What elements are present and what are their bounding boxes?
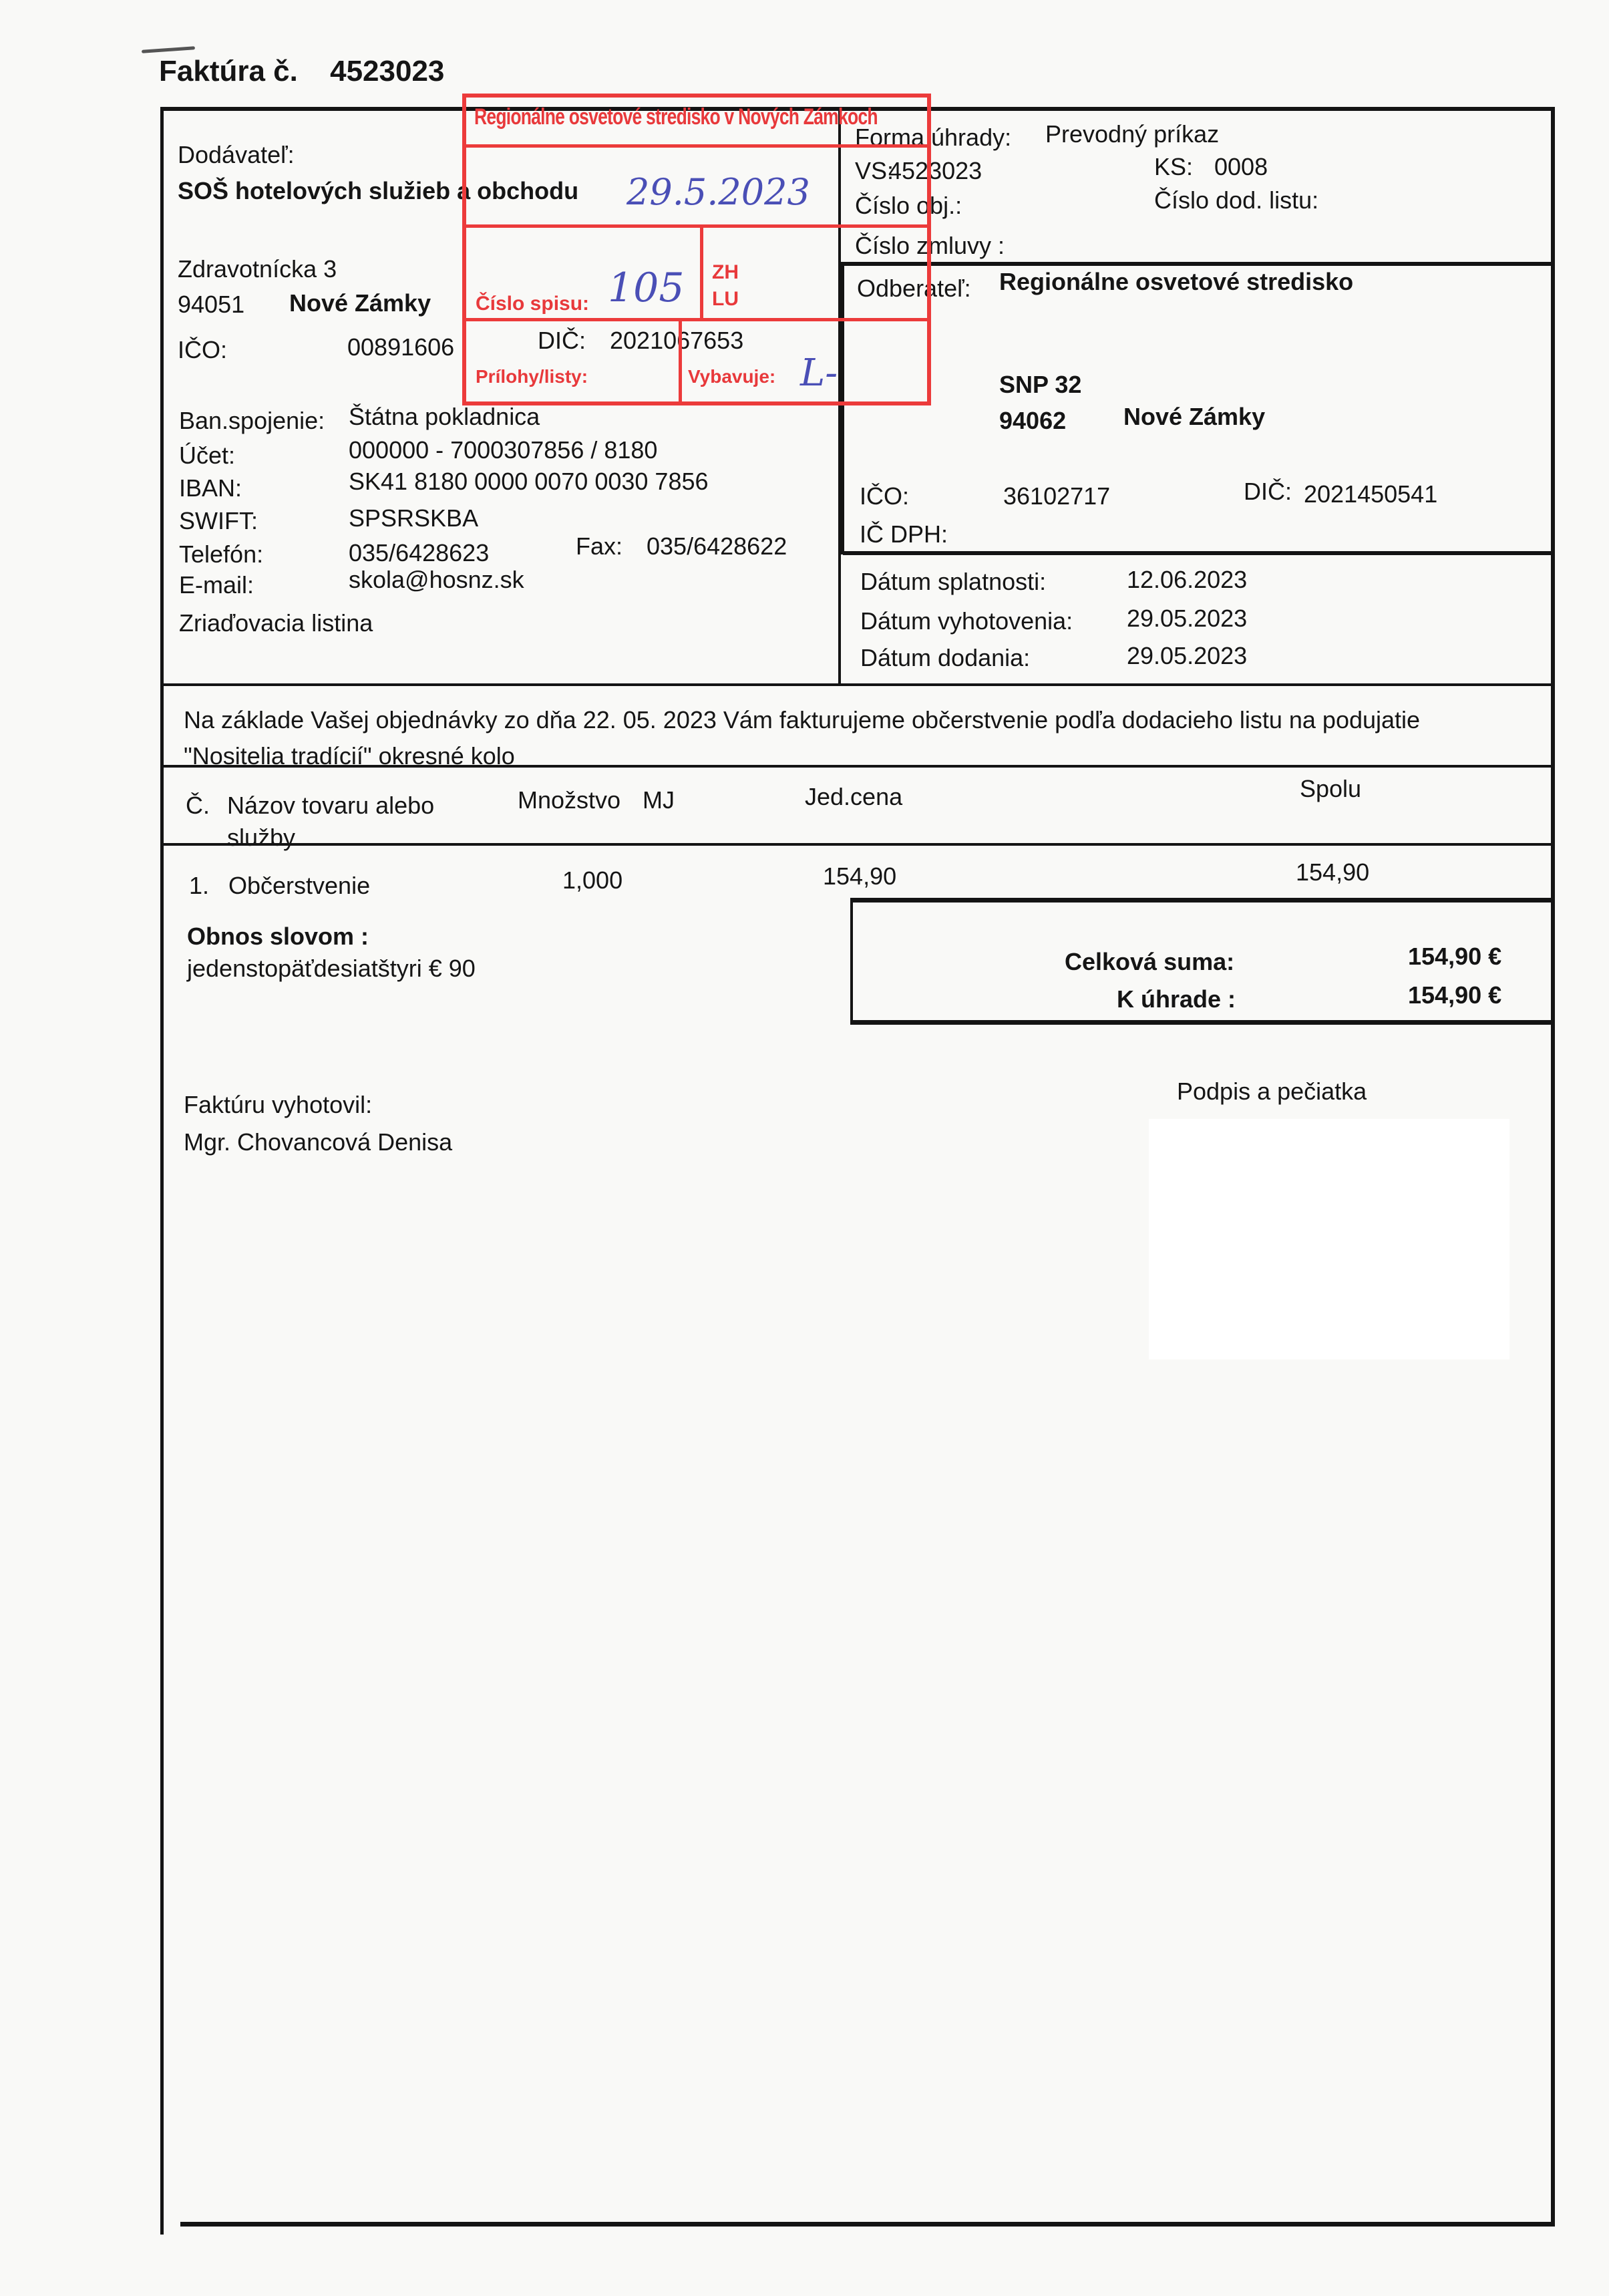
supplier-ico: 00891606 (347, 335, 454, 359)
row-name: Občerstvenie (228, 874, 370, 898)
description-line-2: "Nositelia tradícií" okresné kolo (184, 744, 515, 768)
col-header-name-line-2: služby (227, 826, 295, 850)
account-label: Účet: (179, 444, 235, 468)
swift-value: SPSRSKBA (349, 506, 478, 530)
swift-label: SWIFT: (179, 509, 258, 533)
ks-label: KS: (1154, 155, 1193, 179)
row-no: 1. (189, 874, 209, 898)
stamp-divider-2 (466, 224, 927, 228)
amount-due-value: 154,90 € (1408, 983, 1501, 1007)
registration-note: Zriaďovacia listina (179, 611, 373, 635)
supplier-label: Dodávateľ: (178, 143, 295, 167)
amount-due-label: K úhrade : (1117, 987, 1236, 1011)
stamp-handler-label: Vybavuje: (688, 366, 775, 387)
row-qty: 1,000 (562, 868, 622, 892)
stamp-attachments-label: Prílohy/listy: (476, 366, 588, 387)
stamp-date-handwritten: 29.5.2023 (627, 171, 810, 213)
divider-description (162, 683, 1553, 686)
issued-by-name: Mgr. Chovancová Denisa (184, 1130, 452, 1154)
due-date-label: Dátum splatnosti: (860, 570, 1046, 594)
stamp-handler-handwritten: L- (800, 351, 838, 395)
col-header-unit-price: Jed.cena (805, 785, 902, 809)
signature-area (1149, 1119, 1509, 1359)
phone-value: 035/6428623 (349, 541, 489, 565)
account-number: 000000 - 7000307856 / 8180 (349, 438, 657, 462)
fax-value: 035/6428622 (647, 534, 787, 558)
invoice-title: Faktúra č. 4523023 (159, 55, 444, 88)
stamp-divider-1 (466, 144, 927, 148)
fax-label: Fax: (576, 534, 622, 558)
totals-box-left (850, 898, 853, 1025)
customer-city: Nové Zámky (1123, 405, 1265, 429)
stamp-divider-v1 (700, 224, 703, 318)
stamp-code-line-1: ZH (712, 261, 739, 284)
customer-name: Regionálne osvetové stredisko (999, 270, 1353, 294)
stamp-divider-3 (466, 318, 927, 321)
customer-box-top (838, 262, 1553, 266)
issued-date-label: Dátum vyhotovenia: (860, 609, 1073, 633)
total-sum-value: 154,90 € (1408, 945, 1501, 969)
amount-words-value: jedenstopäťdesiatštyri € 90 (187, 957, 476, 981)
delivered-date: 29.05.2023 (1127, 644, 1247, 668)
issued-date: 29.05.2023 (1127, 607, 1247, 631)
frame-left (160, 107, 164, 2235)
supplier-city: Nové Zámky (289, 291, 431, 315)
totals-box-top (850, 898, 1555, 903)
supplier-ico-label: IČO: (178, 338, 227, 362)
registry-stamp: Regionálne osvetové stredisko v Nových Z… (462, 94, 931, 405)
email-label: E-mail: (179, 573, 254, 597)
delivered-date-label: Dátum dodania: (860, 646, 1030, 670)
delivery-note-label: Číslo dod. listu: (1154, 188, 1318, 212)
divider-table-rows (162, 843, 1553, 846)
signature-label: Podpis a pečiatka (1177, 1080, 1367, 1104)
iban-label: IBAN: (179, 476, 242, 500)
customer-zip: 94062 (999, 409, 1066, 433)
staple-mark (142, 46, 195, 53)
bank-name: Štátna pokladnica (349, 405, 540, 429)
due-date: 12.06.2023 (1127, 568, 1247, 592)
stamp-divider-v2 (679, 318, 682, 401)
customer-dic-label: DIČ: (1244, 480, 1292, 504)
supplier-zip: 94051 (178, 293, 244, 317)
customer-icdph-label: IČ DPH: (860, 522, 948, 546)
stamp-file-no-handwritten: 105 (608, 265, 685, 311)
total-sum-label: Celková suma: (1065, 950, 1234, 974)
row-unit-price: 154,90 (823, 864, 896, 888)
stamp-title: Regionálne osvetové stredisko v Nových Z… (474, 104, 878, 130)
col-header-unit: MJ (643, 788, 675, 812)
ks-value: 0008 (1214, 155, 1268, 179)
col-header-qty: Množstvo (518, 788, 620, 812)
bank-label: Ban.spojenie: (179, 409, 325, 433)
email-value[interactable]: skola@hosnz.sk (349, 568, 524, 592)
invoice-title-label: Faktúra č. (159, 55, 298, 88)
iban-value: SK41 8180 0000 0070 0030 7856 (349, 470, 709, 494)
customer-box-bottom (843, 551, 1553, 555)
customer-ico: 36102717 (1003, 484, 1110, 508)
amount-words-label: Obnos slovom : (187, 925, 369, 949)
frame-bottom (180, 2222, 1555, 2227)
row-total: 154,90 (1296, 860, 1369, 884)
stamp-file-no-label: Číslo spisu: (476, 293, 589, 315)
customer-street: SNP 32 (999, 373, 1081, 397)
frame-right (1551, 107, 1555, 2225)
totals-box-bottom (850, 1020, 1555, 1025)
customer-ico-label: IČO: (860, 484, 909, 508)
phone-label: Telefón: (179, 542, 263, 566)
invoice-number: 4523023 (330, 55, 444, 88)
issued-by-label: Faktúru vyhotovil: (184, 1093, 372, 1117)
stamp-code-line-2: LU (712, 288, 739, 311)
customer-dic: 2021450541 (1304, 482, 1437, 506)
supplier-street: Zdravotnícka 3 (178, 257, 337, 281)
col-header-no: Č. (186, 794, 210, 818)
col-header-total: Spolu (1300, 777, 1361, 801)
payment-method: Prevodný príkaz (1045, 122, 1219, 146)
description-line-1: Na základe Vašej objednávky zo dňa 22. 0… (184, 708, 1420, 732)
col-header-name: Názov tovaru alebo (227, 794, 434, 818)
